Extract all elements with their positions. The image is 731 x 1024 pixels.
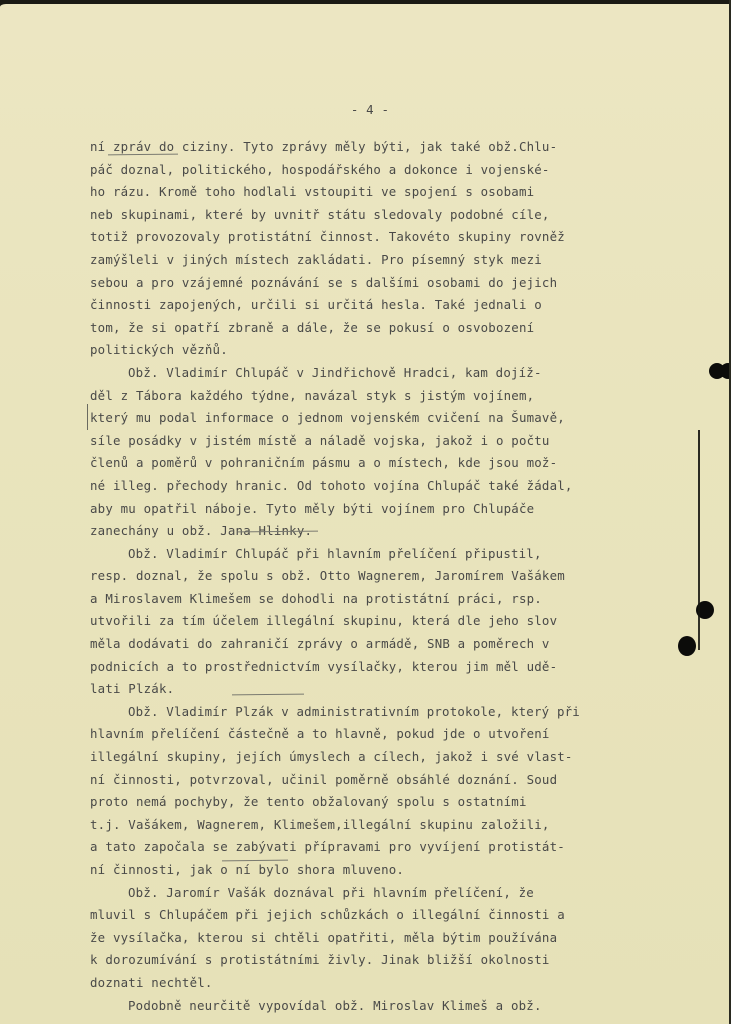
text-line: né illeg. přechody hranic. Od tohoto voj… <box>90 475 690 498</box>
margin-pencil-mark <box>87 404 88 430</box>
text-line: totiž provozovaly protistátní činnost. T… <box>90 226 690 249</box>
text-line: illegální skupiny, jejích úmyslech a cíl… <box>90 746 690 769</box>
punch-hole <box>678 636 696 656</box>
text-line: politických vězňů. <box>90 339 690 362</box>
paragraph-5: Obž. Jaromír Vašák doznával při hlavním … <box>90 882 690 995</box>
document-page: - 4 - ní zpráv do ciziny. Tyto zprávy mě… <box>0 4 729 1024</box>
text-line: členů a poměrů v pohraničním pásmu a o m… <box>90 452 690 475</box>
text-line: podnicích a to prostřednictvím vysílačky… <box>90 656 690 679</box>
text-line: zamýšleli v jiných místech zakládati. Pr… <box>90 249 690 272</box>
text-line: a tato započala se zabývati přípravami p… <box>90 836 690 859</box>
text-line: mluvil s Chlupáčem při jejich schůzkách … <box>90 904 690 927</box>
text-line: Obž. Vladimír Plzák v administrativním p… <box>90 701 690 724</box>
text-line: děl z Tábora každého týdne, navázal styk… <box>90 385 690 408</box>
text-line: ní činnosti, jak o ní bylo shora mluveno… <box>90 859 690 882</box>
paragraph-2: Obž. Vladimír Chlupáč v Jindřichově Hrad… <box>90 362 690 543</box>
text-line: páč doznal, politického, hospodářského a… <box>90 159 690 182</box>
paragraph-1: ní zpráv do ciziny. Tyto zprávy měly být… <box>90 136 690 362</box>
text-line: měla dodávati do zahraničí zprávy o armá… <box>90 633 690 656</box>
paragraph-6: Podobně neurčitě vypovídal obž. Miroslav… <box>90 995 690 1018</box>
text-line: zanechány u obž. Jana Hlinky. <box>90 520 690 543</box>
page-edge-shadow <box>698 430 700 650</box>
text-line: Obž. Vladimír Chlupáč v Jindřichově Hrad… <box>90 362 690 385</box>
text-line: Podobně neurčitě vypovídal obž. Miroslav… <box>90 995 690 1018</box>
text-line: který mu podal informace o jednom vojens… <box>90 407 690 430</box>
text-line: tom, že si opatří zbraně a dále, že se p… <box>90 317 690 340</box>
paragraph-3: Obž. Vladimír Chlupáč při hlavním přelíč… <box>90 543 690 701</box>
text-line: že vysílačka, kterou si chtěli opatřiti,… <box>90 927 690 950</box>
text-line: činnosti zapojených, určili si určitá he… <box>90 294 690 317</box>
text-line: lati Plzák. <box>90 678 690 701</box>
text-line: ho rázu. Kromě toho hodlali vstoupiti ve… <box>90 181 690 204</box>
text-line: aby mu opatřil náboje. Tyto měly býti vo… <box>90 498 690 521</box>
text-line: neb skupinami, které by uvnitř státu sle… <box>90 204 690 227</box>
text-line: hlavním přelíčení částečně a to hlavně, … <box>90 723 690 746</box>
text-line: proto nemá pochyby, že tento obžalovaný … <box>90 791 690 814</box>
text-line: sebou a pro vzájemné poznávání se s dalš… <box>90 272 690 295</box>
paragraph-4: Obž. Vladimír Plzák v administrativním p… <box>90 701 690 882</box>
text-line: ní činnosti, potvrzoval, učinil poměrně … <box>90 769 690 792</box>
text-line: utvořili za tím účelem illegální skupinu… <box>90 610 690 633</box>
text-line: resp. doznal, že spolu s obž. Otto Wagne… <box>90 565 690 588</box>
text-line: síle posádky v jistém místě a náladě voj… <box>90 430 690 453</box>
text-line: t.j. Vašákem, Wagnerem, Klimešem,illegál… <box>90 814 690 837</box>
text-line: Obž. Jaromír Vašák doznával při hlavním … <box>90 882 690 905</box>
text-line: k dorozumívání s protistátními živly. Ji… <box>90 949 690 972</box>
text-line: doznati nechtěl. <box>90 972 690 995</box>
page-number: - 4 - <box>50 100 690 120</box>
document-body: - 4 - ní zpráv do ciziny. Tyto zprávy mě… <box>90 100 690 1017</box>
text-line: ní zpráv do ciziny. Tyto zprávy měly být… <box>90 136 690 159</box>
text-line: a Miroslavem Klimešem se dohodli na prot… <box>90 588 690 611</box>
text-line: Obž. Vladimír Chlupáč při hlavním přelíč… <box>90 543 690 566</box>
